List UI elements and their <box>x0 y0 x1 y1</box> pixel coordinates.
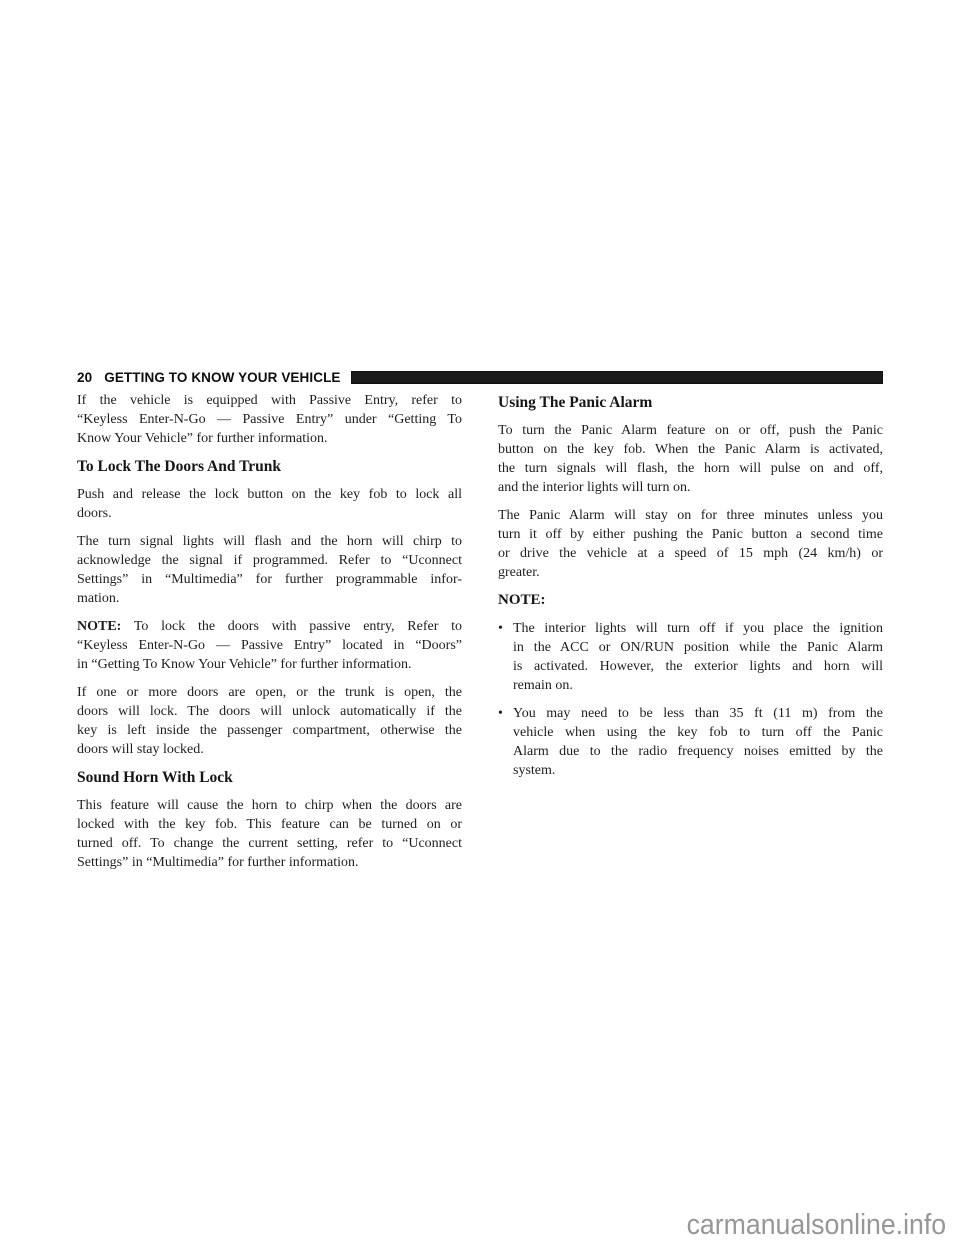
text-run: acknowledge the signal if programmed. Re… <box>77 553 462 568</box>
left-column: If the vehicle is equipped with Passive … <box>77 391 462 881</box>
text-run: Push and release the lock button on the … <box>77 487 462 502</box>
text-line: To turn the Panic Alarm feature on or of… <box>498 421 883 440</box>
text-run: This feature will cause the horn to chir… <box>77 798 462 813</box>
bullet-marker: • <box>498 619 513 695</box>
text-line: mation. <box>77 589 462 608</box>
text-run: Alarm due to the radio frequency noises … <box>513 744 883 759</box>
paragraph: This feature will cause the horn to chir… <box>77 796 462 872</box>
bullet-text: The interior lights will turn off if you… <box>513 619 883 695</box>
section-heading: To Lock The Doors And Trunk <box>77 457 462 476</box>
text-line: the turn signals will flash, the horn wi… <box>498 459 883 478</box>
watermark: carmanualsonline.info <box>686 1209 946 1242</box>
text-run: turn it off by either pushing the Panic … <box>498 527 883 542</box>
text-run: The turn signal lights will flash and th… <box>77 534 462 549</box>
text-run: in the ACC or ON/RUN position while the … <box>513 640 883 655</box>
chapter-title: GETTING TO KNOW YOUR VEHICLE <box>104 370 340 385</box>
text-run: “Keyless Enter-N-Go — Passive Entry” loc… <box>77 638 462 653</box>
text-line: in the ACC or ON/RUN position while the … <box>513 638 883 657</box>
manual-page: 20 GETTING TO KNOW YOUR VEHICLE If the v… <box>0 0 960 1242</box>
text-run: system. <box>513 763 555 778</box>
text-run: locked with the key fob. This feature ca… <box>77 817 462 832</box>
text-run: “Keyless Enter-N-Go — Passive Entry” und… <box>77 412 462 427</box>
bullet-text: You may need to be less than 35 ft (11 m… <box>513 704 883 780</box>
text-run: or drive the vehicle at a speed of 15 mp… <box>498 546 883 561</box>
text-run: remain on. <box>513 678 573 693</box>
paragraph: If the vehicle is equipped with Passive … <box>77 391 462 448</box>
paragraph: The Panic Alarm will stay on for three m… <box>498 506 883 582</box>
text-line: The Panic Alarm will stay on for three m… <box>498 506 883 525</box>
paragraph: The turn signal lights will flash and th… <box>77 532 462 608</box>
text-line: key is left inside the passenger compart… <box>77 721 462 740</box>
text-run: the turn signals will flash, the horn wi… <box>498 461 883 476</box>
text-run: To turn the Panic Alarm feature on or of… <box>498 423 883 438</box>
content-columns: If the vehicle is equipped with Passive … <box>77 391 883 881</box>
text-run: key is left inside the passenger compart… <box>77 723 462 738</box>
text-run: doors will lock. The doors will unlock a… <box>77 704 462 719</box>
text-line: Settings” in “Multimedia” for further pr… <box>77 570 462 589</box>
text-run: greater. <box>498 565 540 580</box>
text-run: doors. <box>77 506 112 521</box>
text-line: and the interior lights will turn on. <box>498 478 883 497</box>
text-line: If one or more doors are open, or the tr… <box>77 683 462 702</box>
text-line: “Keyless Enter-N-Go — Passive Entry” und… <box>77 410 462 429</box>
text-run: Know Your Vehicle” for further informati… <box>77 431 328 446</box>
note-label: NOTE: <box>498 591 883 610</box>
bold-text-run: NOTE: <box>77 619 121 634</box>
text-run: doors will stay locked. <box>77 742 204 757</box>
text-line: greater. <box>498 563 883 582</box>
paragraph: NOTE: To lock the doors with passive ent… <box>77 617 462 674</box>
text-run: button on the key fob. When the Panic Al… <box>498 442 883 457</box>
text-line: You may need to be less than 35 ft (11 m… <box>513 704 883 723</box>
text-line: If the vehicle is equipped with Passive … <box>77 391 462 410</box>
text-run: in “Getting To Know Your Vehicle” for fu… <box>77 657 411 672</box>
text-line: The interior lights will turn off if you… <box>513 619 883 638</box>
text-line: remain on. <box>513 676 883 695</box>
text-line: This feature will cause the horn to chir… <box>77 796 462 815</box>
text-run: To lock the doors with passive entry, Re… <box>121 619 462 634</box>
paragraph: To turn the Panic Alarm feature on or of… <box>498 421 883 497</box>
text-run: and the interior lights will turn on. <box>498 480 690 495</box>
text-line: doors will stay locked. <box>77 740 462 759</box>
paragraph: Push and release the lock button on the … <box>77 485 462 523</box>
text-run: is activated. However, the exterior ligh… <box>513 659 883 674</box>
text-run: Settings” in “Multimedia” for further pr… <box>77 572 462 587</box>
section-heading: Using The Panic Alarm <box>498 393 883 412</box>
text-line: is activated. However, the exterior ligh… <box>513 657 883 676</box>
text-line: doors. <box>77 504 462 523</box>
text-run: The Panic Alarm will stay on for three m… <box>498 508 883 523</box>
paragraph: If one or more doors are open, or the tr… <box>77 683 462 759</box>
text-line: NOTE: To lock the doors with passive ent… <box>77 617 462 636</box>
text-line: system. <box>513 761 883 780</box>
bullet-marker: • <box>498 704 513 780</box>
text-line: in “Getting To Know Your Vehicle” for fu… <box>77 655 462 674</box>
text-run: You may need to be less than 35 ft (11 m… <box>513 706 883 721</box>
text-run: The interior lights will turn off if you… <box>513 621 883 636</box>
text-run: Settings” in “Multimedia” for further in… <box>77 855 358 870</box>
text-line: Push and release the lock button on the … <box>77 485 462 504</box>
text-line: vehicle when using the key fob to turn o… <box>513 723 883 742</box>
text-line: “Keyless Enter-N-Go — Passive Entry” loc… <box>77 636 462 655</box>
bullet-item: •You may need to be less than 35 ft (11 … <box>498 704 883 780</box>
text-run: If one or more doors are open, or the tr… <box>77 685 462 700</box>
text-line: Alarm due to the radio frequency noises … <box>513 742 883 761</box>
text-line: button on the key fob. When the Panic Al… <box>498 440 883 459</box>
text-run: vehicle when using the key fob to turn o… <box>513 725 883 740</box>
text-line: locked with the key fob. This feature ca… <box>77 815 462 834</box>
text-run: If the vehicle is equipped with Passive … <box>77 393 462 408</box>
text-run: turned off. To change the current settin… <box>77 836 462 851</box>
text-line: turned off. To change the current settin… <box>77 834 462 853</box>
text-line: Know Your Vehicle” for further informati… <box>77 429 462 448</box>
right-column: Using The Panic AlarmTo turn the Panic A… <box>498 391 883 881</box>
page-number: 20 <box>77 370 92 385</box>
text-line: turn it off by either pushing the Panic … <box>498 525 883 544</box>
text-line: doors will lock. The doors will unlock a… <box>77 702 462 721</box>
text-line: The turn signal lights will flash and th… <box>77 532 462 551</box>
header-bar <box>351 371 883 384</box>
bullet-item: •The interior lights will turn off if yo… <box>498 619 883 695</box>
text-run: mation. <box>77 591 119 606</box>
text-line: or drive the vehicle at a speed of 15 mp… <box>498 544 883 563</box>
section-heading: Sound Horn With Lock <box>77 768 462 787</box>
text-line: acknowledge the signal if programmed. Re… <box>77 551 462 570</box>
page-header: 20 GETTING TO KNOW YOUR VEHICLE <box>77 369 883 385</box>
text-line: Settings” in “Multimedia” for further in… <box>77 853 462 872</box>
